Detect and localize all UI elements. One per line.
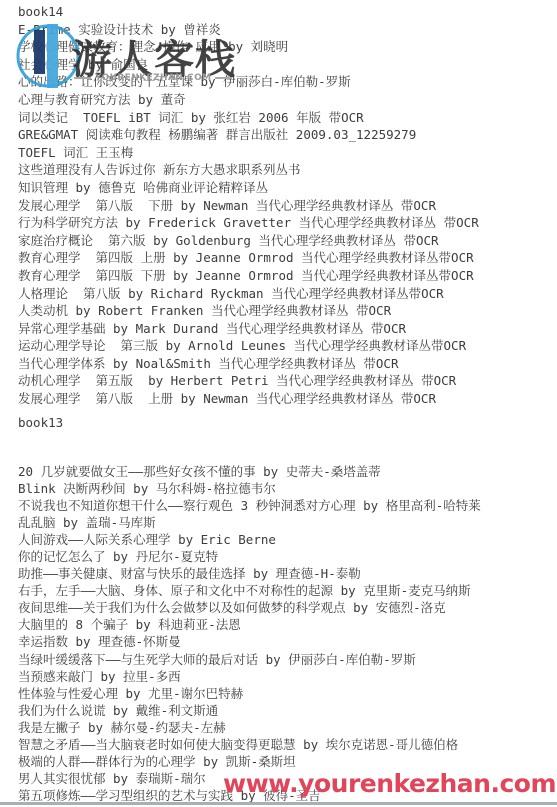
book-line: E-Prime 实验设计技术 by 曾祥炎: [18, 21, 479, 39]
book-line: 行为科学研究方法 by Frederick Gravetter 当代心理学经典教…: [18, 214, 479, 232]
book-line: 性体验与性爱心理 by 尤里-谢尔巴特赫: [18, 685, 481, 702]
book-line: 心理与教育研究方法 by 董奇: [18, 91, 479, 109]
book-line: GRE&GMAT 阅读难句教程 杨鹏编著 群言出版社 2009.03_12259…: [18, 126, 479, 144]
book-line: 乱乱脑 by 盖瑞-马库斯: [18, 514, 481, 531]
book-line: 人间游戏——人际关系心理学 by Eric Berne: [18, 531, 481, 548]
book-line: 教育心理学 第四版 上册 by Jeanne Ormrod 当代心理学经典教材译…: [18, 249, 479, 267]
book-line: 大脑里的 8 个骗子 by 科迪莉亚-法恩: [18, 616, 481, 633]
book-line: TOEFL 词汇 王玉梅: [18, 144, 479, 162]
book-line: 教育心理学 第四版 下册 by Jeanne Ormrod 当代心理学经典教材译…: [18, 267, 479, 285]
book-line: 发展心理学 第八版 下册 by Newman 当代心理学经典教材译丛 带OCR: [18, 197, 479, 215]
book-line: 家庭治疗概论 第六版 by Goldenburg 当代心理学经典教材译丛 带OC…: [18, 232, 479, 250]
page: book14 E-Prime 实验设计技术 by 曾祥炎学校心理健康教育：理念·…: [0, 0, 557, 807]
book-list-book14: E-Prime 实验设计技术 by 曾祥炎学校心理健康教育：理念·操作·应用 b…: [18, 21, 479, 408]
book-line: 夜间思维——关于我们为什么会做梦以及如何做梦的科学观点 by 安德烈-洛克: [18, 599, 481, 616]
book-line: 词以类记 TOEFL iBT 词汇 by 张红岩 2006 年版 带OCR: [18, 109, 479, 127]
section-title-book13: book13: [18, 414, 63, 432]
book-line: 知识管理 by 德鲁克 哈佛商业评论精粹译丛: [18, 179, 479, 197]
book-line: 你的记忆怎么了 by 丹尼尔-夏克特: [18, 548, 481, 565]
book-line: Blink 决断两秒间 by 马尔科姆-格拉德韦尔: [18, 480, 481, 497]
book-section-book14: book14 E-Prime 实验设计技术 by 曾祥炎学校心理健康教育：理念·…: [18, 3, 479, 408]
book-line: 右手，左手——大脑、身体、原子和文化中不对称性的起源 by 克里斯-麦克马纳斯: [18, 582, 481, 599]
book-line: 这些道理没有人告诉过你 新东方大愚求职系列丛书: [18, 161, 479, 179]
book-line: 幸运指数 by 理查德-怀斯曼: [18, 633, 481, 650]
book-line: 极端的人群——群体行为的心理学 by 凯斯-桑斯坦: [18, 753, 481, 770]
book-line: 发展心理学 第八版 上册 by Newman 当代心理学经典教材译丛 带OCR: [18, 390, 479, 408]
book-line: 社会心理学 by 俞国良: [18, 56, 479, 74]
watermark-url-text: www.yourenkezhan.com: [223, 769, 556, 798]
book-line: 学校心理健康教育：理念·操作·应用 by 刘晓明: [18, 38, 479, 56]
book-line: 我们为什么说谎 by 戴维-利文斯通: [18, 702, 481, 719]
bottom-edge-line: [0, 802, 557, 805]
book-line: 心的出路：让你改变的十五堂课 by 伊丽莎白-库伯勒-罗斯: [18, 73, 479, 91]
book-line: 运动心理学导论 第三版 by Arnold Leunes 当代心理学经典教材译丛…: [18, 337, 479, 355]
book-line: 人类动机 by Robert Franken 当代心理学经典教材译丛 带OCR: [18, 302, 479, 320]
book-line: 助推——事关健康、财富与快乐的最佳选择 by 理查德-H-泰勒: [18, 565, 481, 582]
book-line: 当代心理学体系 by Noal&Smith 当代心理学经典教材译丛 带OCR: [18, 355, 479, 373]
section-title-book14: book14: [18, 3, 479, 21]
book-line: 我是左撇子 by 赫尔曼-约瑟夫-左赫: [18, 719, 481, 736]
book-line: 异常心理学基础 by Mark Durand 当代心理学经典教材译丛 带OCR: [18, 320, 479, 338]
book-list-book13: 20 几岁就要做女王——那些好女孩不懂的事 by 史蒂夫-桑塔盖蒂Blink 决…: [18, 463, 481, 804]
book-line: 人格理论 第八版 by Richard Ryckman 当代心理学经典教材译丛带…: [18, 285, 479, 303]
book-line: 当绿叶缓缓落下——与生死学大师的最后对话 by 伊丽莎白-库伯勒-罗斯: [18, 651, 481, 668]
book-line: 20 几岁就要做女王——那些好女孩不懂的事 by 史蒂夫-桑塔盖蒂: [18, 463, 481, 480]
book-line: 智慧之矛盾——当大脑衰老时如何使大脑变得更聪慧 by 埃尔克诺恩-哥儿德伯格: [18, 736, 481, 753]
book-line: 不说我也不知道你想干什么——察行观色 3 秒钟洞悉对方心理 by 格里高利-哈特…: [18, 497, 481, 514]
book-line: 动机心理学 第五版 by Herbert Petri 当代心理学经典教材译丛 带…: [18, 372, 479, 390]
book-line: 当预感来敲门 by 拉里-多西: [18, 668, 481, 685]
